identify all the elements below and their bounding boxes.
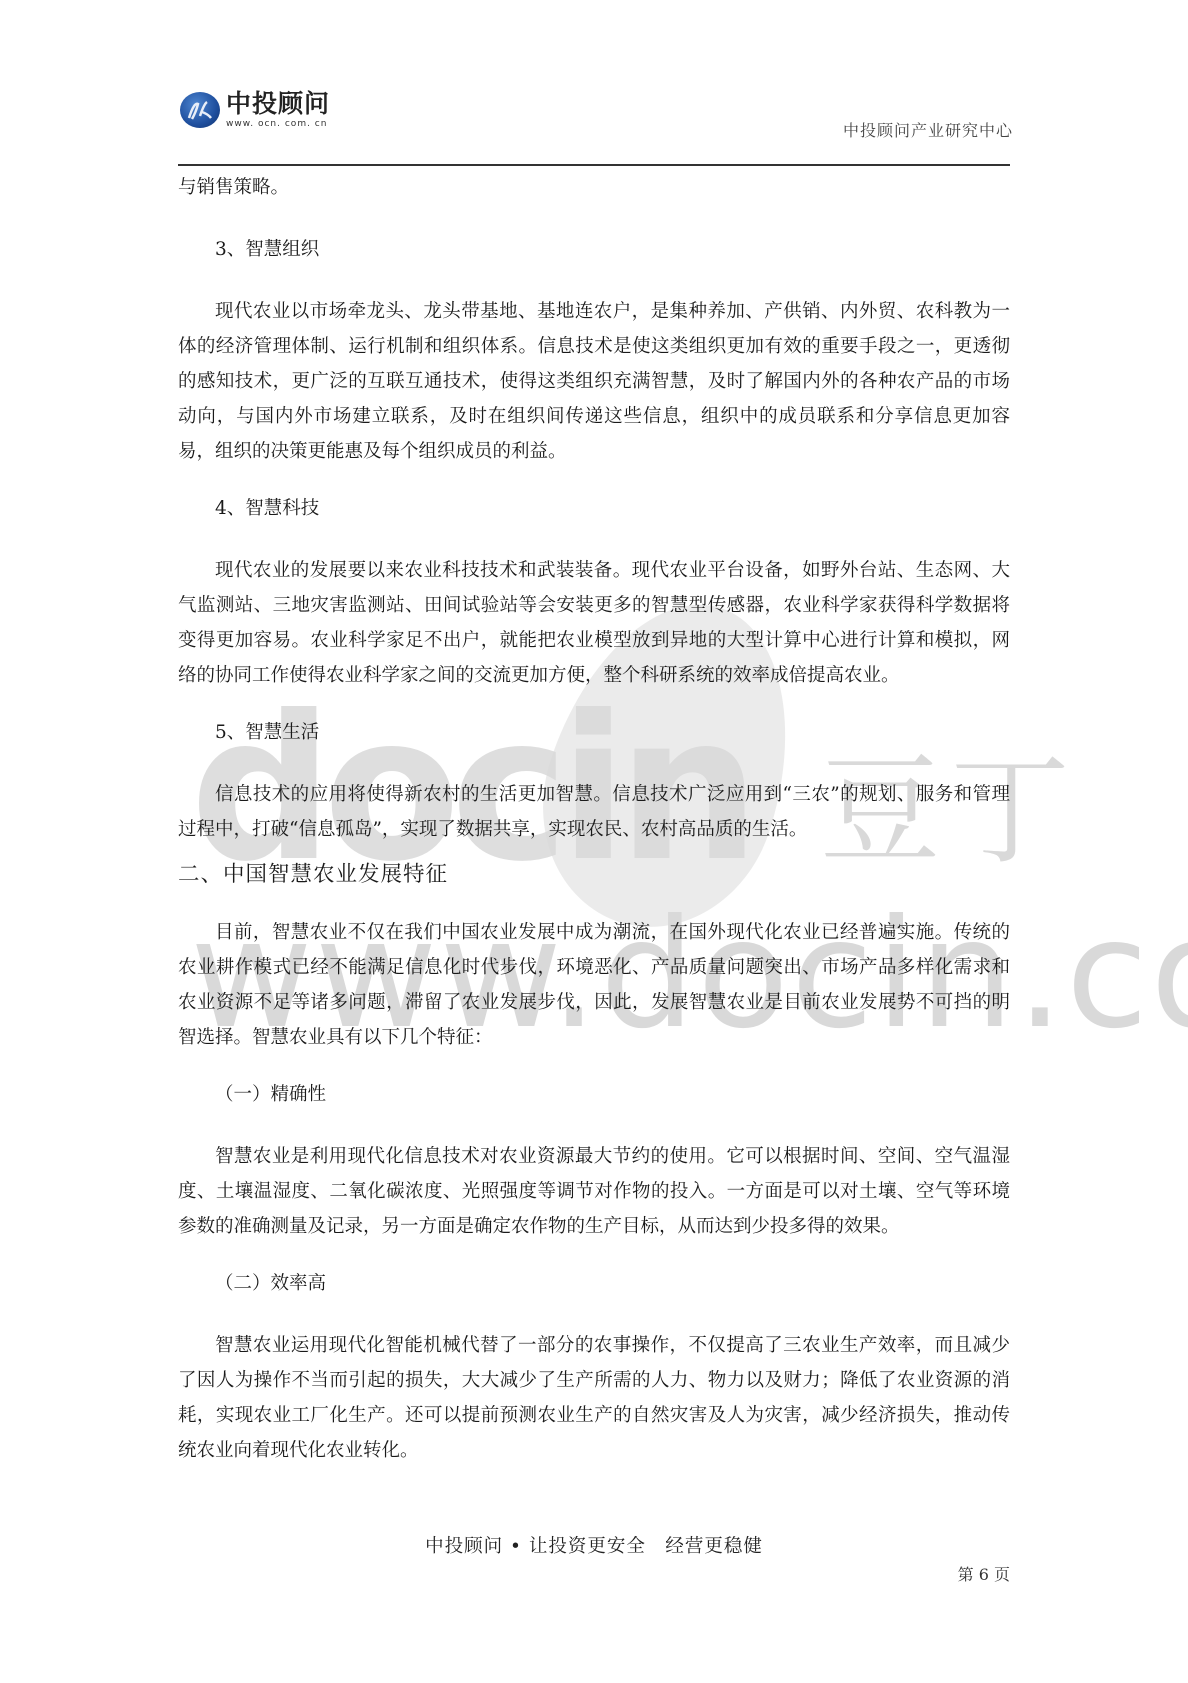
header-org-name: 中投顾问产业研究中心 <box>843 118 1013 141</box>
page-number: 第 6 页 <box>958 1562 1010 1585</box>
document-page: docin 豆丁 www.docin.com 中投顾问 www. ocn. co… <box>0 0 1188 1683</box>
section-heading-smart-organization: 3、智慧组织 <box>178 232 1010 267</box>
company-logo: 中投顾问 www. ocn. com. cn <box>180 86 360 134</box>
logo-emblem-icon <box>180 92 220 128</box>
paragraph-features-intro: 目前，智慧农业不仅在我们中国农业发展中成为潮流，在国外现代化农业已经普遍实施。传… <box>178 915 1010 1055</box>
logo-url: www. ocn. com. cn <box>226 118 330 130</box>
section-heading-precision: （一）精确性 <box>178 1077 1010 1112</box>
paragraph-smart-life: 信息技术的应用将使得新农村的生活更加智慧。信息技术广泛应用到“三农”的规划、服务… <box>178 777 1010 847</box>
chapter-heading-features: 二、中国智慧农业发展特征 <box>178 857 1010 893</box>
header-divider <box>178 164 1010 166</box>
paragraph-precision: 智慧农业是利用现代化信息技术对农业资源最大节约的使用。它可以根据时间、空间、空气… <box>178 1139 1010 1244</box>
paragraph-efficiency: 智慧农业运用现代化智能机械代替了一部分的农事操作，不仅提高了三农业生产效率，而且… <box>178 1328 1010 1468</box>
paragraph-smart-technology: 现代农业的发展要以来农业科技技术和武装装备。现代农业平台设备，如野外台站、生态网… <box>178 553 1010 693</box>
paragraph-continuation: 与销售策略。 <box>178 170 1010 205</box>
section-heading-smart-life: 5、智慧生活 <box>178 715 1010 750</box>
section-heading-efficiency: （二）效率高 <box>178 1266 1010 1301</box>
footer-slogan: 中投顾问 • 让投资更安全 经营更稳健 <box>0 1532 1188 1558</box>
paragraph-smart-organization: 现代农业以市场牵龙头、龙头带基地、基地连农户，是集种养加、产供销、内外贸、农科教… <box>178 294 1010 469</box>
document-body: 与销售策略。 3、智慧组织 现代农业以市场牵龙头、龙头带基地、基地连农户，是集种… <box>178 170 1010 1468</box>
logo-title: 中投顾问 <box>226 90 330 118</box>
section-heading-smart-technology: 4、智慧科技 <box>178 491 1010 526</box>
